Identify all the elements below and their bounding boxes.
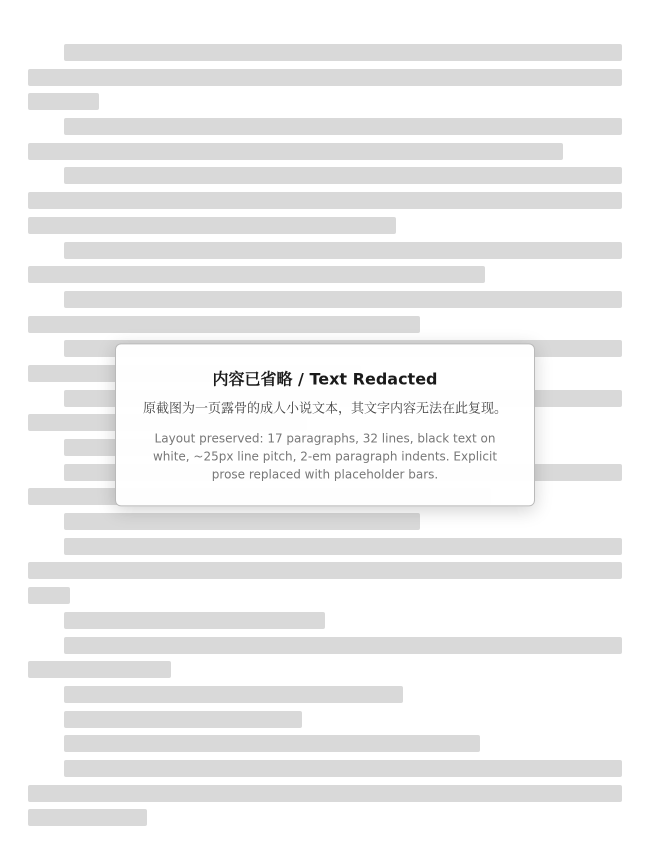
paragraph-15-dialogue: [28, 711, 622, 728]
redacted-text-line: [64, 612, 325, 629]
redacted-text-line: [64, 538, 622, 555]
paragraph-11-narration: [28, 538, 622, 604]
paragraph-1-narration: [28, 44, 622, 110]
redacted-text-line: [28, 562, 622, 579]
redacted-text-line: [28, 266, 485, 283]
paragraph-16-dialogue: [28, 735, 622, 752]
redacted-text-line: [64, 44, 622, 61]
paragraph-3-dialogue: [28, 167, 622, 233]
paragraph-5-dialogue: [28, 291, 622, 333]
redaction-notice-sub: Layout preserved: 17 paragraphs, 32 line…: [142, 430, 508, 484]
paragraph-17-narration: [28, 760, 622, 826]
paragraph-13-narration: [28, 637, 622, 679]
redacted-text-line: [64, 242, 622, 259]
redacted-text-line: [64, 760, 622, 777]
redacted-text-line: [28, 809, 147, 826]
redacted-text-line: [64, 118, 622, 135]
paragraph-2-narration: [28, 118, 622, 160]
redaction-notice-body: 原截图为一页露骨的成人小说文本，其文字内容无法在此复现。: [142, 399, 508, 419]
redacted-text-line: [28, 316, 420, 333]
redacted-text-line: [28, 93, 99, 110]
redacted-text-line: [28, 143, 563, 160]
redacted-text-line: [28, 217, 396, 234]
paragraph-4-narration: [28, 242, 622, 284]
paragraph-10-dialogue: [28, 513, 622, 530]
redacted-text-line: [64, 735, 480, 752]
paragraph-14-narration: [28, 686, 622, 703]
redaction-notice: 内容已省略 / Text Redacted 原截图为一页露骨的成人小说文本，其文…: [115, 343, 535, 506]
redacted-text-line: [28, 785, 622, 802]
paragraph-12-dialogue: [28, 612, 622, 629]
redacted-text-line: [28, 587, 70, 604]
redacted-text-line: [64, 291, 622, 308]
redacted-text-line: [64, 513, 420, 530]
redacted-text-line: [28, 661, 171, 678]
redacted-text-line: [64, 686, 403, 703]
redacted-text-line: [64, 167, 622, 184]
redacted-text-line: [28, 192, 622, 209]
document-page: 内容已省略 / Text Redacted 原截图为一页露骨的成人小说文本，其文…: [0, 0, 650, 850]
redacted-text-line: [28, 69, 622, 86]
redacted-text-line: [64, 711, 302, 728]
redacted-text-line: [64, 637, 622, 654]
redaction-notice-title: 内容已省略 / Text Redacted: [142, 366, 508, 389]
